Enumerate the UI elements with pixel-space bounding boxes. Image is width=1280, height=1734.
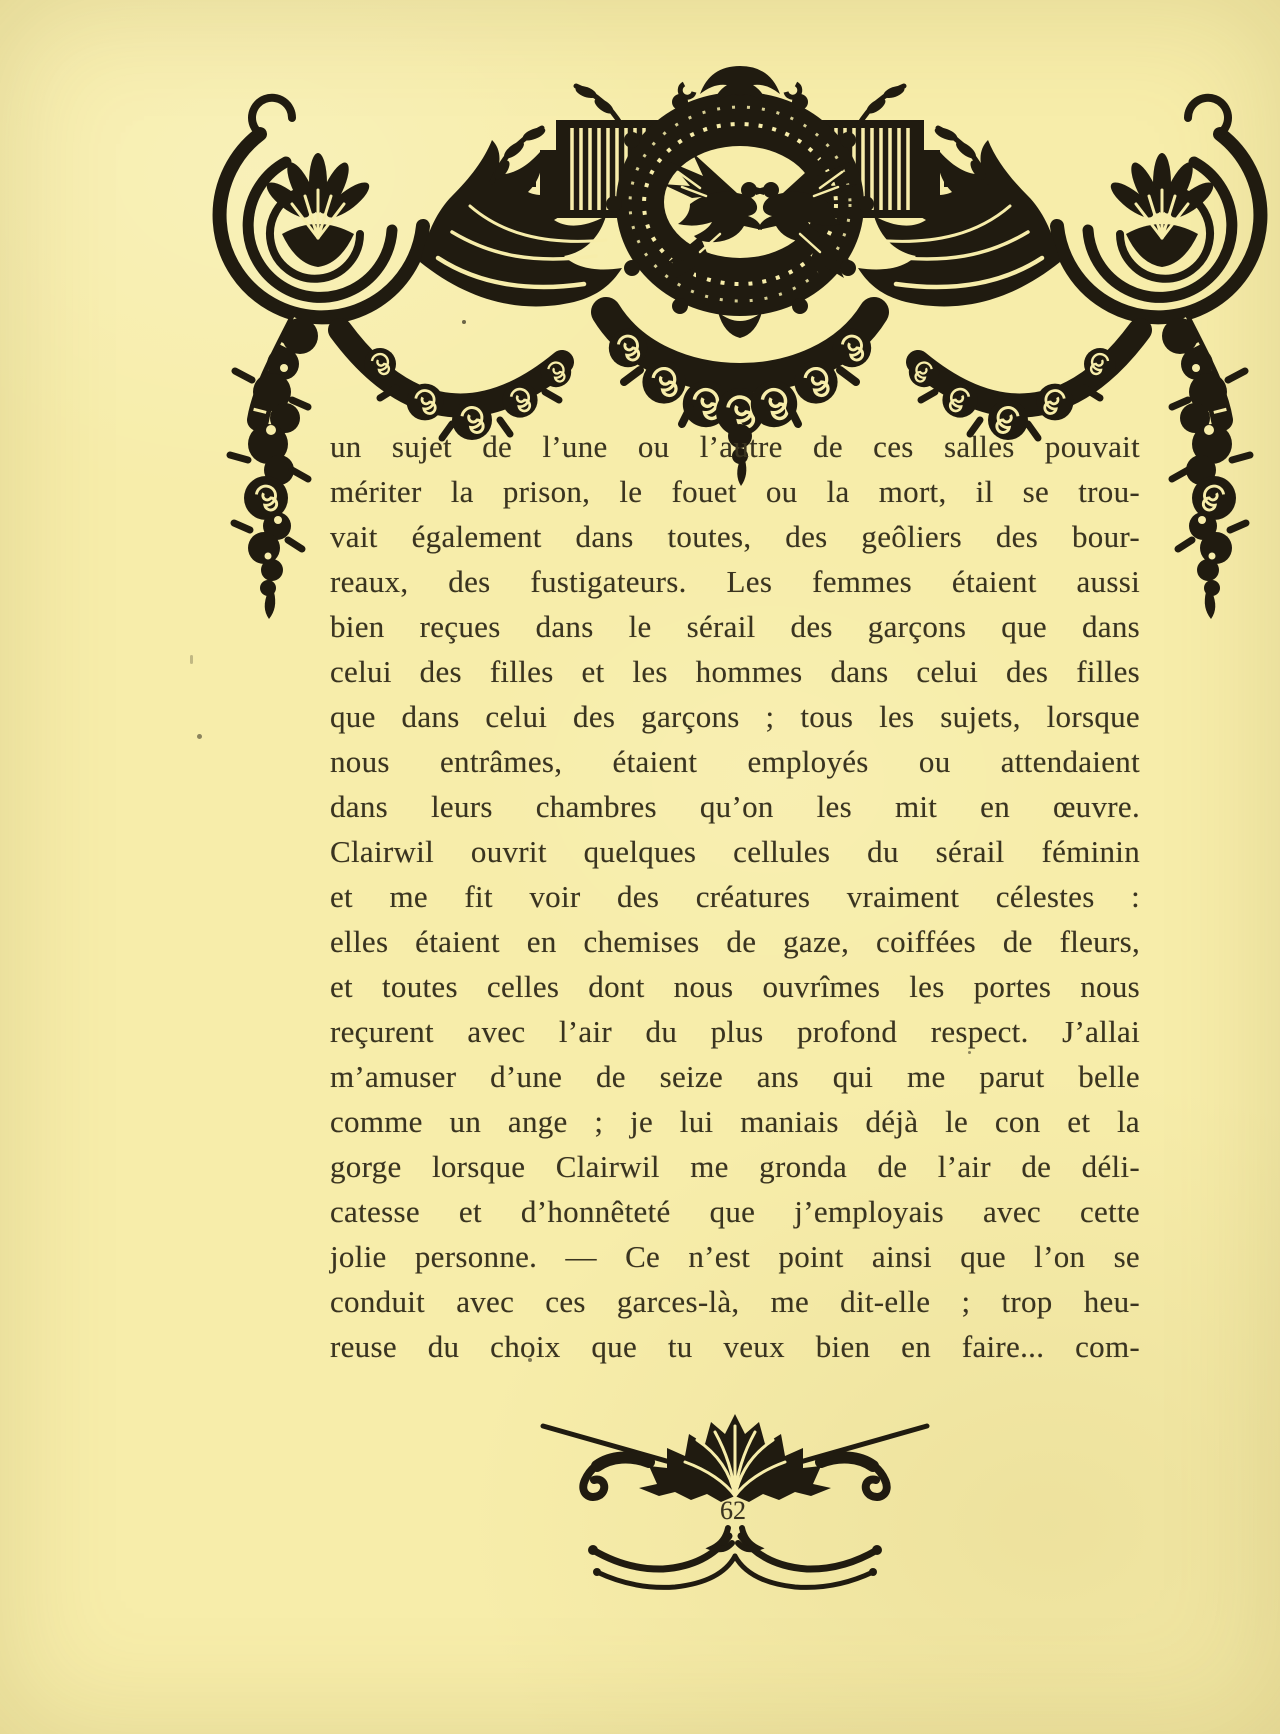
text-line: dans leurs chambres qu’on les mit en œuv…: [330, 784, 1140, 829]
text-line: et toutes celles dont nous ouvrîmes les …: [330, 964, 1140, 1009]
text-line: un sujet de l’une ou l’autre de ces sall…: [330, 424, 1140, 469]
text-line: elles étaient en chemises de gaze, coiff…: [330, 919, 1140, 964]
text-line: Clairwil ouvrit quelques cellules du sér…: [330, 829, 1140, 874]
text-line: conduit avec ces garces-là, me dit-elle …: [330, 1279, 1140, 1324]
text-line: reçurent avec l’air du plus profond resp…: [330, 1009, 1140, 1054]
ink-speck: [462, 320, 466, 324]
ink-speck: [197, 734, 202, 739]
ink-speck: [528, 1358, 532, 1362]
text-line: que dans celui des garçons ; tous les su…: [330, 694, 1140, 739]
text-line: vait également dans toutes, des geôliers…: [330, 514, 1140, 559]
book-page: un sujet de l’une ou l’autre de ces sall…: [0, 0, 1280, 1734]
text-line: nous entrâmes, étaient employés ou atten…: [330, 739, 1140, 784]
text-line: celui des filles et les hommes dans celu…: [330, 649, 1140, 694]
text-line: et me fit voir des créatures vraiment cé…: [330, 874, 1140, 919]
text-line: reuse du choix que tu veux bien en faire…: [330, 1324, 1140, 1369]
palmette-icon: [639, 1414, 831, 1502]
text-line: reaux, des fustigateurs. Les femmes étai…: [330, 559, 1140, 604]
text-line: catesse et d’honnêteté que j’employais a…: [330, 1189, 1140, 1234]
dove-medallion-icon: [606, 66, 874, 338]
ink-speck: [968, 1051, 971, 1054]
text-line: mériter la prison, le fouet ou la mort, …: [330, 469, 1140, 514]
text-line: comme un ange ; je lui maniais déjà le c…: [330, 1099, 1140, 1144]
body-text: un sujet de l’une ou l’autre de ces sall…: [330, 424, 1140, 1369]
ink-speck: [190, 655, 193, 664]
text-line: gorge lorsque Clairwil me gronda de l’ai…: [330, 1144, 1140, 1189]
page-number: 62: [703, 1496, 763, 1526]
text-line: m’amuser d’une de seize ans qui me parut…: [330, 1054, 1140, 1099]
text-line: bien reçues dans le sérail des garçons q…: [330, 604, 1140, 649]
text-line: jolie personne. — Ce n’est point ainsi q…: [330, 1234, 1140, 1279]
